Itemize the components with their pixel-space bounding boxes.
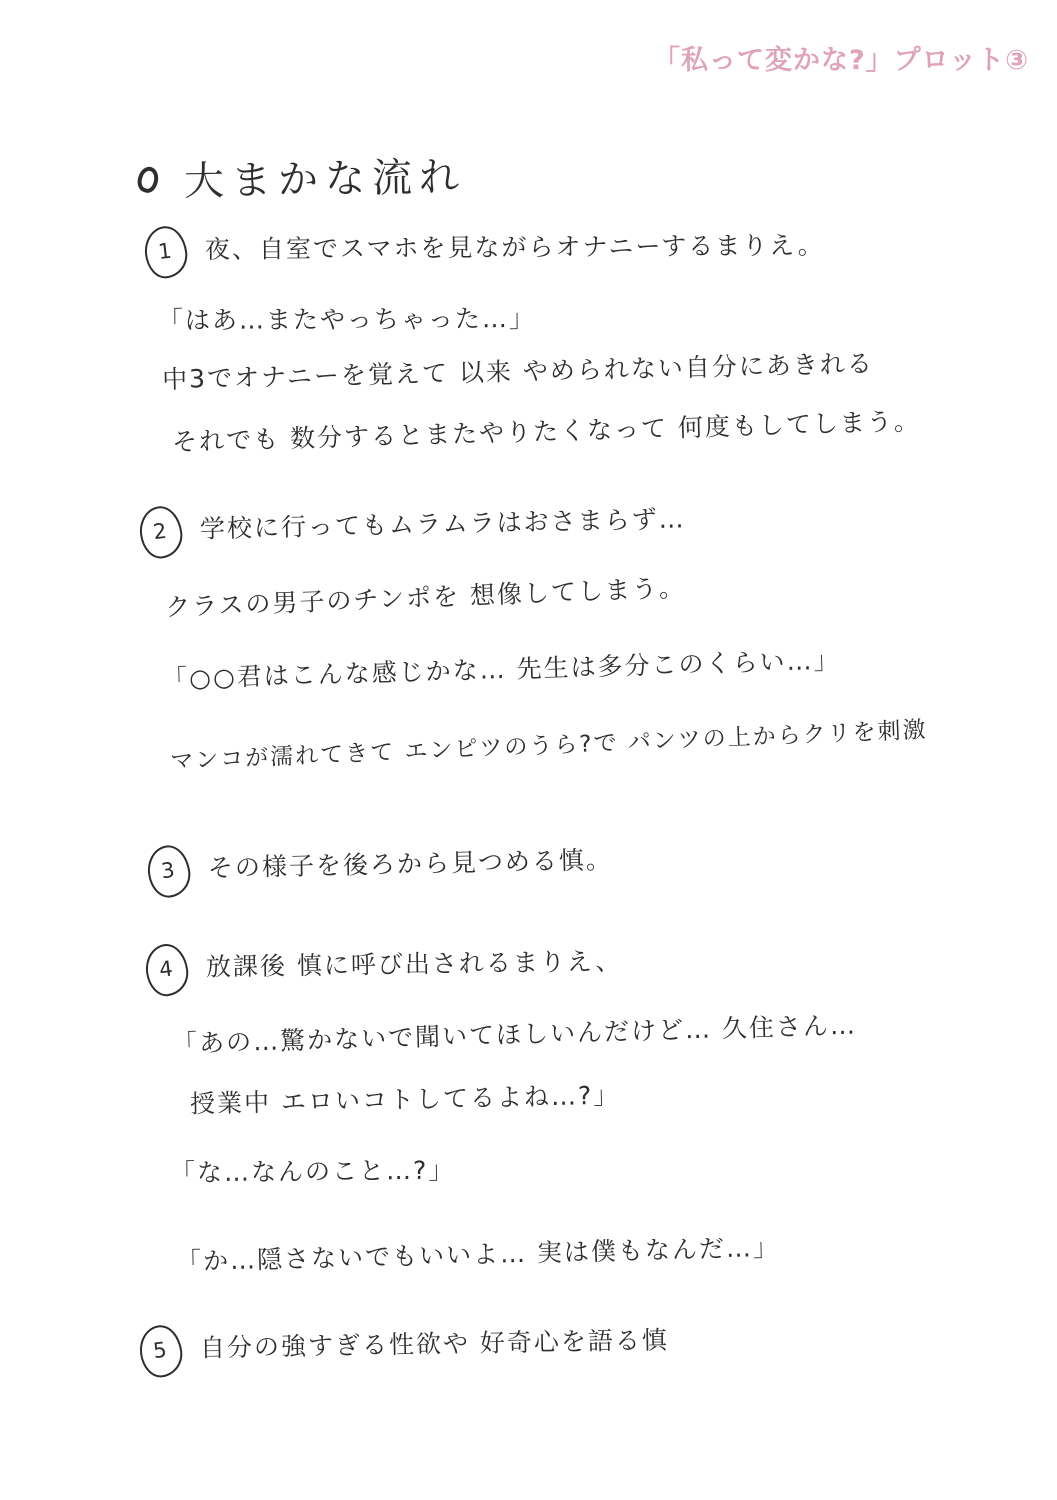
note-line: 4 放課後 慎に呼び出されるまりえ、 [146,942,623,997]
bullet-circle-icon [135,164,162,195]
note-line: 「はあ…またやっちゃった…」 [158,299,536,337]
note-line: クラスの男子のチンポを 想像してしまう。 [164,568,686,624]
note-line: 「あの…驚かないで聞いてほしいんだけど… 久住さん… [172,1005,858,1061]
note-line-text: その様子を後ろから見つめる慎。 [208,840,614,885]
note-line-text: マンコが濡れてきて エンピツのうら?で パンツの上からクリを刺激 [170,712,929,778]
note-line-text: 中3でオナニーを覚えて 以来 やめられない自分にあきれる [162,344,874,397]
item-number-badge: 4 [143,942,191,999]
plot-note-page: { "header": { "title": "「私って変かな?」プロット③",… [0,0,1057,1500]
note-line: マンコが濡れてきて エンピツのうら?で パンツの上からクリを刺激 [170,712,929,778]
note-line-text: それでも 数分するとまたやりたくなって 何度もしてしまう。 [172,402,922,459]
note-line: 3 その様子を後ろから見つめる慎。 [148,840,614,898]
page-header-title: 「私って変かな?」プロット③ [653,38,1029,77]
section-title-text: 大まかな流れ [184,145,467,207]
note-line-text: 放課後 慎に呼び出されるまりえ、 [206,942,623,984]
note-line: 2 学校に行ってもムラムラはおさまらず… [140,499,687,558]
note-line-text: 「○○君はこんな感じかな… 先生は多分このくらい…」 [162,641,841,696]
note-line-text: 夜、自室でスマホを見ながらオナニーするまりえ。 [205,226,825,267]
note-line-text: 「な…なんのこと…?」 [170,1151,456,1190]
note-line-text: 自分の強すぎる性欲や 好奇心を語る慎 [200,1320,670,1365]
item-number-badge: 1 [142,224,190,280]
item-number-badge: 5 [137,1323,185,1380]
note-line-text: 「か…隠さないでもいいよ… 実は僕もなんだ…」 [176,1228,781,1279]
note-line: 授業中 エロいコトしてるよね…?」 [190,1075,621,1121]
note-line: 「か…隠さないでもいいよ… 実は僕もなんだ…」 [176,1228,781,1279]
note-line: 1 夜、自室でスマホを見ながらオナニーするまりえ。 [145,226,825,279]
item-number-badge: 2 [137,504,185,561]
section-title: 大まかな流れ [138,145,467,208]
note-line-text: クラスの男子のチンポを 想像してしまう。 [164,568,686,624]
note-line: 「○○君はこんな感じかな… 先生は多分このくらい…」 [162,641,841,696]
note-line-text: 学校に行ってもムラムラはおさまらず… [200,499,686,546]
note-line: それでも 数分するとまたやりたくなって 何度もしてしまう。 [172,402,922,459]
note-line-text: 「あの…驚かないで聞いてほしいんだけど… 久住さん… [172,1005,858,1061]
note-line: 「な…なんのこと…?」 [170,1151,456,1190]
note-line-text: 授業中 エロいコトしてるよね…?」 [190,1075,621,1121]
note-line: 中3でオナニーを覚えて 以来 やめられない自分にあきれる [162,344,874,397]
note-line: 5 自分の強すぎる性欲や 好奇心を語る慎 [140,1320,670,1377]
note-line-text: 「はあ…またやっちゃった…」 [158,299,536,337]
item-number-badge: 3 [145,843,193,900]
